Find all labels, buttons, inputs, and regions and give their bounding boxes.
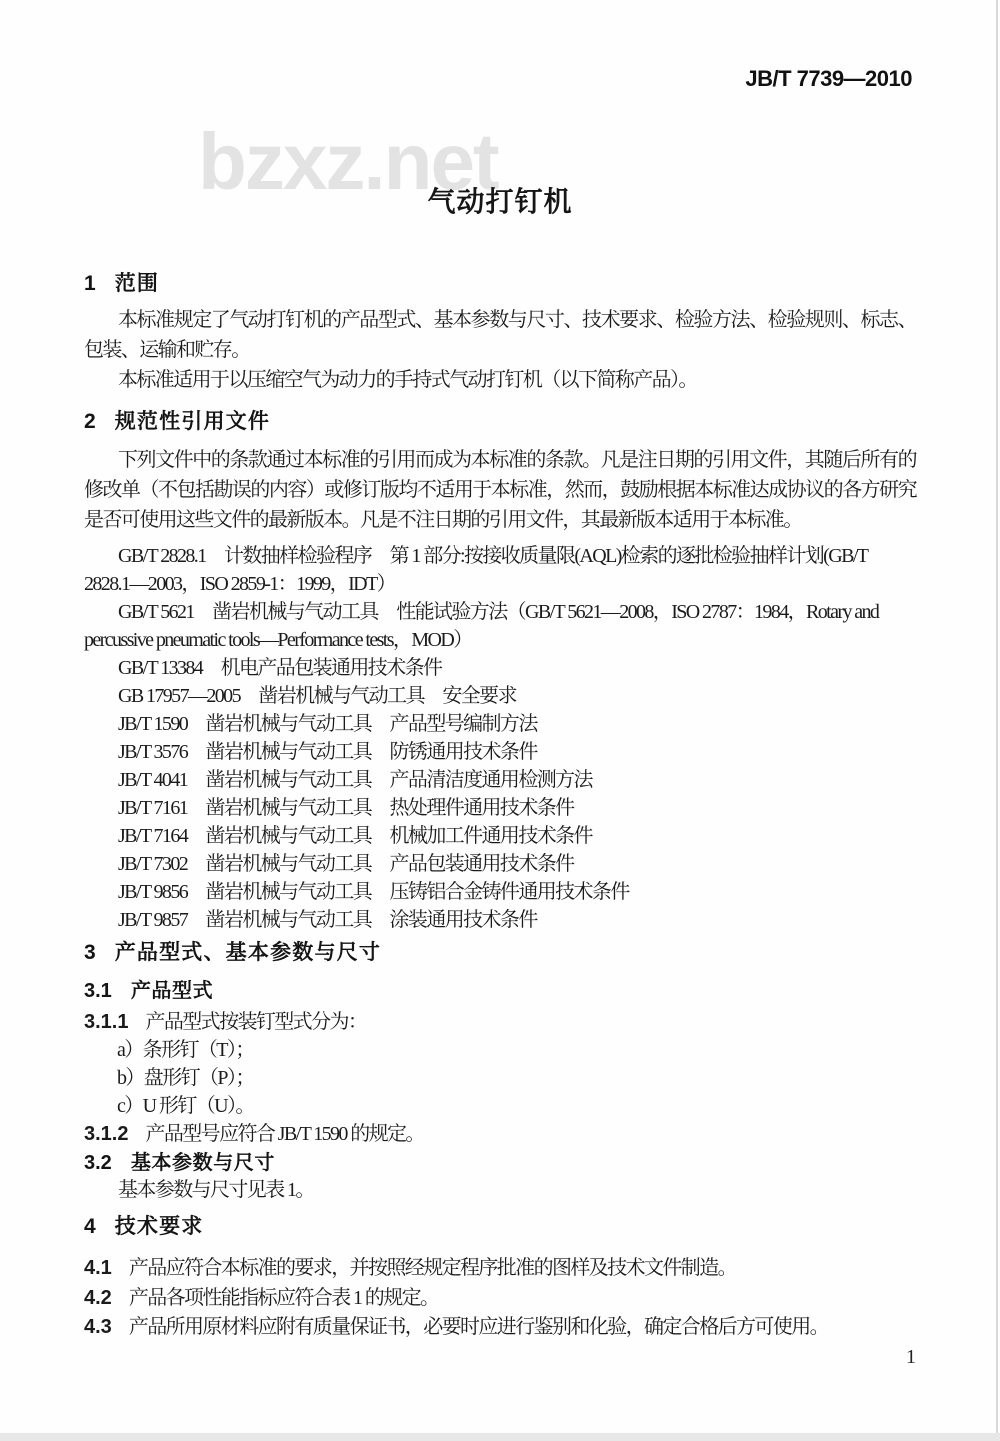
- reference-item: JB/T 9857 凿岩机械与气动工具 涂装通用技术条件: [84, 906, 916, 934]
- section-3-number: 3: [84, 941, 96, 964]
- reference-list: GB/T 2828.1 计数抽样检验程序 第 1 部分:按接收质量限(AQL)检…: [84, 542, 916, 934]
- section-3-2-title: 基本参数与尺寸: [131, 1152, 275, 1174]
- document-page: bzxz.net JB/T 7739—2010 气动打钉机 1范围 本标准规定了…: [0, 0, 1000, 1441]
- section-2-title: 规范性引用文件: [115, 410, 270, 433]
- clause-4-2-number: 4.2: [84, 1287, 112, 1309]
- reference-item-line: 2828.1—2003，ISO 2859-1：1999，IDT）: [84, 570, 916, 598]
- page-number: 1: [84, 1346, 916, 1369]
- section-3-1-number: 3.1: [84, 980, 112, 1002]
- reference-item: JB/T 7164 凿岩机械与气动工具 机械加工件通用技术条件: [84, 822, 916, 850]
- section-3-2-number: 3.2: [84, 1152, 112, 1174]
- section-3-2-paragraph: 基本参数与尺寸见表 1。: [84, 1176, 916, 1204]
- section-3-title: 产品型式、基本参数与尺寸: [115, 941, 381, 964]
- section-4-title: 技术要求: [115, 1215, 204, 1238]
- clause-3-1-1: 3.1.1产品型式按装钉型式分为：: [84, 1008, 916, 1036]
- section-1-paragraph-1: 本标准规定了气动打钉机的产品型式、基本参数与尺寸、技术要求、检验方法、检验规则、…: [84, 305, 916, 365]
- section-3-heading: 3产品型式、基本参数与尺寸: [84, 940, 916, 966]
- clause-3-1-2-number: 3.1.2: [84, 1123, 128, 1145]
- clause-3-1-1-number: 3.1.1: [84, 1011, 128, 1033]
- clause-3-1-2-text: 产品型号应符合 JB/T 1590 的规定。: [145, 1123, 423, 1145]
- clause-4-3-number: 4.3: [84, 1316, 112, 1338]
- clause-3-1-2: 3.1.2产品型号应符合 JB/T 1590 的规定。: [84, 1120, 916, 1148]
- clause-4-1-number: 4.1: [84, 1257, 112, 1279]
- section-1-title: 范围: [115, 272, 159, 295]
- reference-item-line: GB/T 5621 凿岩机械与气动工具 性能试验方法（GB/T 5621—200…: [84, 598, 916, 626]
- reference-item: JB/T 4041 凿岩机械与气动工具 产品清洁度通用检测方法: [84, 766, 916, 794]
- page-edge-bottom: [0, 1433, 1000, 1441]
- list-item-c: c）U 形钉（U）。: [84, 1092, 916, 1120]
- section-2-intro: 下列文件中的条款通过本标准的引用而成为本标准的条款。凡是注日期的引用文件，其随后…: [84, 445, 916, 535]
- clause-4-1-text: 产品应符合本标准的要求，并按照经规定程序批准的图样及技术文件制造。: [129, 1257, 736, 1279]
- clause-4-1: 4.1产品应符合本标准的要求，并按照经规定程序批准的图样及技术文件制造。: [84, 1254, 916, 1282]
- section-1-paragraph-2: 本标准适用于以压缩空气为动力的手持式气动打钉机（以下简称产品）。: [84, 365, 916, 395]
- document-title: 气动打钉机: [0, 180, 1000, 220]
- section-2-heading: 2规范性引用文件: [84, 409, 916, 435]
- section-4-number: 4: [84, 1215, 96, 1238]
- reference-item: JB/T 7302 凿岩机械与气动工具 产品包装通用技术条件: [84, 850, 916, 878]
- standard-code: JB/T 7739—2010: [745, 66, 912, 92]
- reference-item-line: GB/T 2828.1 计数抽样检验程序 第 1 部分:按接收质量限(AQL)检…: [84, 542, 916, 570]
- reference-item: JB/T 7161 凿岩机械与气动工具 热处理件通用技术条件: [84, 794, 916, 822]
- reference-item: GB/T 13384 机电产品包装通用技术条件: [84, 654, 916, 682]
- clause-4-3-text: 产品所用原材料应附有质量保证书，必要时应进行鉴别和化验，确定合格后方可使用。: [129, 1316, 828, 1338]
- reference-item: JB/T 1590 凿岩机械与气动工具 产品型号编制方法: [84, 710, 916, 738]
- nail-type-list: a）条形钉（T）； b）盘形钉（P）； c）U 形钉（U）。: [84, 1036, 916, 1120]
- section-1-number: 1: [84, 272, 96, 295]
- list-item-b: b）盘形钉（P）；: [84, 1064, 916, 1092]
- clause-4-2: 4.2产品各项性能指标应符合表 1 的规定。: [84, 1284, 916, 1312]
- clause-4-2-text: 产品各项性能指标应符合表 1 的规定。: [129, 1287, 439, 1309]
- clause-3-1-1-text: 产品型式按装钉型式分为：: [145, 1011, 366, 1033]
- section-3-1-title: 产品型式: [131, 980, 213, 1002]
- section-4-heading: 4技术要求: [84, 1214, 916, 1240]
- reference-item: JB/T 3576 凿岩机械与气动工具 防锈通用技术条件: [84, 738, 916, 766]
- section-2-number: 2: [84, 410, 96, 433]
- reference-item: GB 17957—2005 凿岩机械与气动工具 安全要求: [84, 682, 916, 710]
- section-3-1-heading: 3.1产品型式: [84, 978, 916, 1004]
- list-item-a: a）条形钉（T）；: [84, 1036, 916, 1064]
- section-3-2-heading: 3.2基本参数与尺寸: [84, 1150, 916, 1176]
- section-1-heading: 1范围: [84, 271, 916, 297]
- clause-4-3: 4.3产品所用原材料应附有质量保证书，必要时应进行鉴别和化验，确定合格后方可使用…: [84, 1313, 916, 1341]
- reference-item: JB/T 9856 凿岩机械与气动工具 压铸铝合金铸件通用技术条件: [84, 878, 916, 906]
- reference-item-line: percussive pneumatic tools—Performance t…: [84, 626, 916, 654]
